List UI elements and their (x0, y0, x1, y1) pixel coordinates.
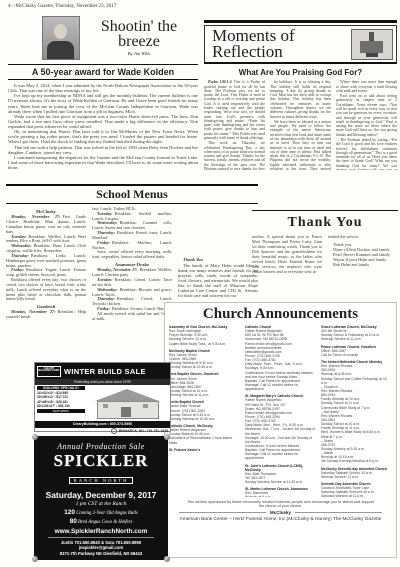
ad-website-phone: ClearyBuilding.com • 800-373-5550 (35, 421, 170, 428)
thank-you-column-1: mother. A special thank you to Pastor Ma… (252, 235, 322, 307)
church-details: Father Robert Wapenski Sunday Mass at 10… (169, 428, 240, 445)
church-details: Saturday Sabbath School: 10 a.m. Worship… (321, 471, 392, 479)
article-paragraph: I've kept up my membership in NDNA and s… (8, 93, 198, 114)
divider-rule (48, 537, 154, 538)
moments-headline: What Are You Praising God For? (204, 68, 397, 77)
church-details: Father Robert Wapenski 900 Main St., P.O… (245, 398, 316, 460)
church-footer: This section sponsored by these communit… (169, 500, 392, 522)
special-item: 60'x104'x17' • $52,139 (37, 404, 85, 408)
moments-paragraph: ite holidays. It is so relaxing a day. T… (270, 80, 331, 119)
menu-day: Monday, November 27:First Grade Choice: … (6, 215, 86, 234)
thank-you-column-2: tended the service. Thank you, Diane (Al… (328, 235, 398, 307)
signature: Bob Helm and family (328, 263, 398, 268)
offer-text: Coming 2-Year Old Angus Bulls (76, 511, 138, 516)
featuring-label: FEATURING: (37, 409, 85, 413)
headline-bar: A 50-year award for Wade Kolden (8, 64, 198, 80)
offer-count: 80 (70, 518, 77, 525)
thank-you-note-text: The family of Mary Helm would like to th… (178, 263, 258, 298)
photo-face-shape (54, 24, 67, 39)
shootin-the-breeze-column: Shootin' the breeze By Jim Wills A 50-ye… (8, 16, 198, 187)
sale-offer: 120 Coming 2-Year Old Angus Bulls (40, 509, 162, 516)
offer-text: Bred Angus Cows & Heifers (78, 520, 132, 525)
church-details: Rev. James Gross Office: 884-2528 Parson… (169, 377, 240, 398)
school-menus-heading: School Menus (6, 184, 258, 204)
moments-title-box: Moments of Reflection (204, 25, 397, 64)
menu-day: Thursday:Breakfast: Links; Lunch: Hambur… (6, 254, 86, 268)
church-listing: Berlin Baptist ChurchPastor Mark Thomas … (169, 400, 240, 421)
article-paragraph: Oh, in mentioning that Harris, Don later… (8, 129, 198, 144)
church-details: Rev. Warren Rhodes 363-2492 Worship at 8… (321, 364, 392, 463)
divider-line (179, 512, 266, 513)
church-listing: Catholic Church, McCluskyFather Robert W… (169, 424, 240, 445)
moments-column-1: Psalm 100:1-4 This is a Psalm of gratefu… (204, 80, 265, 170)
ranch-website: www.SpicklerRanchNorth.com (40, 528, 162, 535)
moments-text: This is a Psalm of grateful praise to Go… (204, 80, 265, 140)
barn-illustration (87, 385, 170, 421)
menu-note: All meals served with salad bar and ½ pi… (92, 312, 172, 322)
church-listing: St. Francis Xavier's (169, 448, 240, 452)
moments-paragraph: This week on Thursday we celebrated Than… (204, 141, 265, 170)
barn-window-shape (143, 404, 148, 408)
ad-title: WINTER BUILD SALE (64, 367, 146, 376)
moments-column-3: Where there was more than enough to shar… (336, 80, 397, 170)
church-name: St. Francis Xavier's (169, 448, 240, 452)
church-details: Rev. Blanchard Worship at 9 a.m. (245, 491, 316, 497)
column-byline: By Jim Wills (80, 51, 198, 56)
heavy-rule (204, 20, 397, 23)
ad-location-line: BISMARCK, ND • 701-751-1625 (35, 428, 170, 434)
moments-of-reflection-column: Moments of Reflection What Are You Prais… (204, 20, 397, 170)
photo-torso-shape (47, 41, 74, 59)
church-listing: First Baptist Church, GoodrichRev. James… (169, 372, 240, 397)
church-column-2: Catholic ChurchFather Robert Wapenski 60… (245, 325, 316, 497)
pushpin-icon (164, 556, 170, 562)
church-announcements-heading: Church Announcements (169, 306, 392, 323)
menu-column-1: McClusky Monday, November 27:First Grade… (6, 207, 86, 369)
sale-offer: 80 Bred Angus Cows & Heifers (40, 518, 162, 525)
church-listing: The United Methodist Church MinistryRev.… (321, 360, 392, 464)
ad-body: BUILDING SPECIALS! 24'x32'x10' • $10,995… (35, 385, 170, 421)
thank-you-text: mother. A special thank you to Pastor Ma… (252, 235, 322, 275)
church-listing: St. John's Lutheran Church (LCMS), McClu… (245, 464, 316, 485)
article-paragraph: I continued transporting the negatives f… (8, 155, 198, 170)
barn-window-shape (103, 404, 108, 408)
church-listing: Assembly of God Church, McCluskyRev. Dav… (169, 325, 240, 346)
ranch-address: 8371-7th Parkway NE Glenfield, ND 58443 (40, 551, 162, 556)
moments-paragraph: Paul went on to talk about setting gener… (336, 94, 397, 137)
ad-header-band: CLEARY BUILDING CORP. WINTER BUILD SALE (35, 363, 170, 379)
church-listing: Peace Lutheran Church, GoodrichOffice: 8… (321, 345, 392, 357)
divider-line (295, 512, 382, 513)
column-title: Shootin' the breeze (80, 16, 198, 49)
town-name: McClusky (270, 510, 291, 515)
thank-you-section: Thank You mother. A special thank you to… (252, 210, 398, 307)
thank-you-columns: mother. A special thank you to Pastor Ma… (252, 235, 398, 307)
ad-city-phone: BISMARCK, ND • 701-751-1625 (119, 429, 168, 433)
church-details: Office: 884-2287 Call for Times of worsh… (321, 349, 392, 357)
menu-column-2: fast; Lunch: Turkey BLTs. Tuesday:Breakf… (92, 207, 172, 369)
spickler-ranch-ad: Annual Production Sale SPICKLER RANCH NO… (34, 436, 168, 560)
thank-you-text: tended the service. (328, 235, 398, 240)
pushpin-icon (32, 434, 38, 440)
offer-count: 120 (64, 509, 75, 516)
church-logo-image (351, 29, 393, 60)
ranch-brand-subtitle: RANCH NORTH (69, 477, 134, 484)
columnist-photo (42, 16, 80, 60)
moments-columns: Psalm 100:1-4 This is a Psalm of gratefu… (204, 80, 397, 170)
nave-shape (360, 41, 383, 53)
church-column-1: Assembly of God Church, McCluskyRev. Dav… (169, 325, 240, 497)
thank-you-label: Thank You (178, 257, 258, 262)
church-listing: Catholic ChurchFather Robert Wapenski 60… (245, 325, 316, 391)
moments-title: Moments of Reflection (208, 28, 351, 60)
cleary-seal-icon (111, 428, 117, 434)
cap-shape (366, 53, 378, 57)
ad-script-title: Annual Production Sale (40, 442, 162, 451)
sponsor-note: This section sponsored by these communit… (186, 500, 376, 508)
pushpin-icon (164, 434, 170, 440)
church-details: Goodrich-Hurdsfield-Turtle Lake Saturday… (321, 486, 392, 497)
sponsor-names: American Bank Center – Hertz Funeral Hom… (169, 517, 392, 522)
article-body: It was May 2, 2014, when I was admitted … (8, 83, 198, 187)
church-details: Rev. James Gross Church: 363-2365 Mornin… (169, 353, 240, 370)
article-paragraph: It was May 2, 2014, when I was admitted … (8, 83, 198, 93)
church-listing: Seventh-Day Adventist ChurchGoodrich-Hur… (321, 482, 392, 497)
menu-note: Breakfast offered every day: two choices… (6, 278, 86, 302)
church-column-3: Grace Lutheran Church, McClusky403 4th S… (321, 325, 392, 497)
church-columns: Assembly of God Church, McCluskyRev. Dav… (169, 325, 392, 497)
sale-time: 1 pm CST at the Ranch (40, 501, 162, 507)
menu-note: Juice, cereal offered every morning, mil… (92, 250, 172, 260)
newspaper-page: 4—McClusky Gazette, Thursday, November 2… (0, 0, 400, 567)
moments-paragraph: We have been so blessed as a nation and … (270, 120, 331, 170)
page-folio: 4—McClusky Gazette, Thursday, November 2… (8, 4, 116, 9)
pushpin-icon (32, 556, 38, 562)
building-specials-list: BUILDING SPECIALS! 24'x32'x10' • $10,995… (35, 385, 87, 421)
cleary-logo: CLEARY BUILDING CORP. (37, 366, 61, 377)
menu-day: Monday, November 27:Breakfast: Help your… (6, 310, 86, 320)
church-details: Rev. Matt Thompson Tel: 363-2877 Sunday … (245, 472, 316, 484)
town-divider: McClusky (179, 510, 382, 515)
article-headline: A 50-year award for Wade Kolden (8, 67, 198, 77)
moments-column-2: ite holidays. It is so relaxing a day. T… (270, 80, 331, 170)
article-paragraph: That left me with a help petition. That … (8, 145, 198, 155)
column-masthead: Shootin' the breeze By Jim Wills (42, 16, 198, 60)
sale-date: Saturday, December 9, 2017 (40, 490, 162, 500)
church-listing: Grace Lutheran Church, McClusky403 4th S… (321, 325, 392, 342)
church-listing: McClusky Baptist ChurchRev. James Gross … (169, 349, 240, 370)
church-details: Rev. Dave Harrington Prayer Worship: 9:3… (169, 329, 240, 346)
church-listing: McClusky Seventh-day Adventist ChurchSat… (321, 467, 392, 479)
church-details: 403 4th Street W Sunday School & Fellows… (321, 329, 392, 341)
church-details: Pastor Mark Thomas Church: (701) 962-326… (169, 404, 240, 421)
moments-paragraph: The Psalmist ended by saying, “For the L… (336, 138, 397, 170)
church-details: Father Robert Wapenski 605 1st St. W, PO… (245, 329, 316, 391)
moments-paragraph: Where there was more than enough to shar… (336, 80, 397, 93)
church-listing: St. Martin Lutheran Church, AnamooseRev.… (245, 487, 316, 497)
ranch-brand-name: SPICKLER (40, 452, 162, 469)
church-listing: St. Margaret Mary's Catholic ChurchFathe… (245, 394, 316, 460)
article-paragraph: Wade wrote that his first piece of equip… (8, 114, 198, 129)
cleary-winter-build-sale-ad: CLEARY BUILDING CORP. WINTER BUILD SALE … (34, 362, 171, 432)
church-name: St. John's Lutheran Church (LCMS), McClu… (245, 464, 316, 472)
barn-roof-shape (95, 389, 159, 401)
barn-door-shape (121, 407, 131, 417)
specials-header: BUILDING SPECIALS! (37, 386, 85, 390)
thank-you-heading: Thank You (252, 210, 398, 231)
church-announcements-box: Church Announcements Assembly of God Chu… (164, 302, 397, 558)
moments-paragraph: Psalm 100:1-4 This is a Psalm of gratefu… (204, 80, 265, 140)
